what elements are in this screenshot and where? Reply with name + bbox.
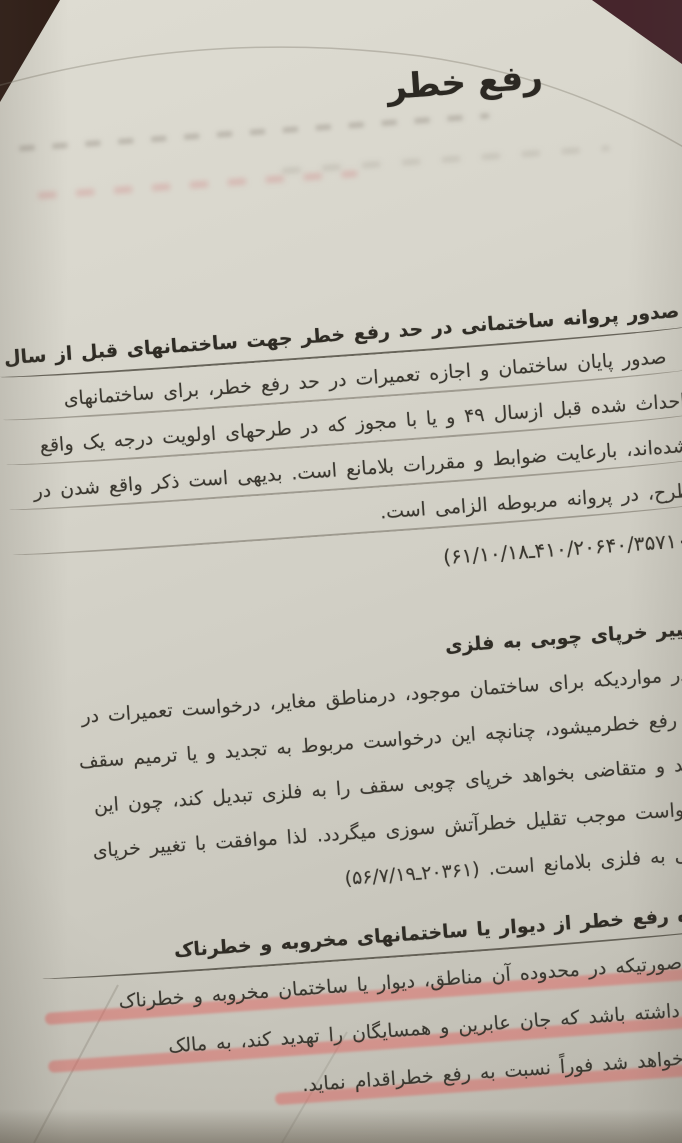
page-content: رفع خطر صدور پروانه ساختمانی در حد رفع خ… [0,36,682,1126]
page-title: رفع خطر [385,47,545,122]
book-page-photo: رفع خطر صدور پروانه ساختمانی در حد رفع خ… [0,0,682,1143]
section-truss-change: تغییر خرپای چوبی به فلزی در مواردیکه برا… [35,605,682,922]
section-building-permit: صدور پروانه ساختمانی در حد رفع خطر جهت س… [13,288,682,612]
